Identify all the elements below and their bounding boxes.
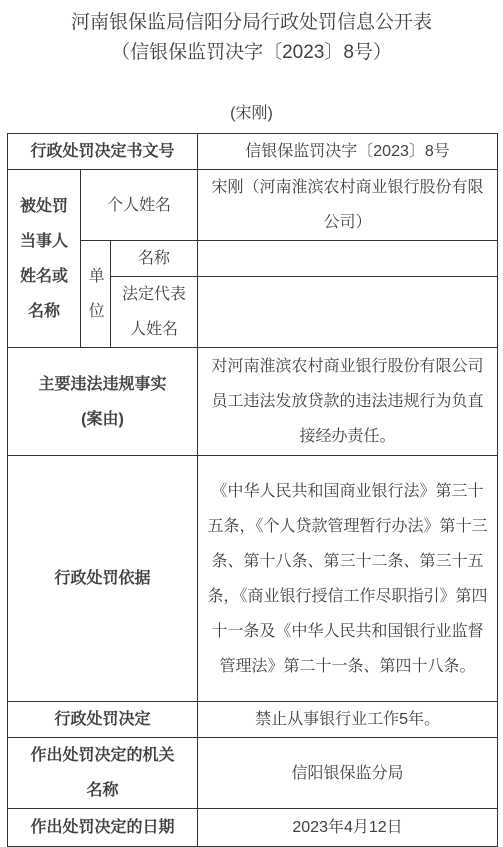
doc-number-value: 信银保监罚决字〔2023〕8号 xyxy=(198,134,498,170)
table-row-facts: 主要违法违规事实 (案由) 对河南淮滨农村商业银行股份有限公司员工违法发放贷款的… xyxy=(8,348,498,456)
table-row-basis: 行政处罚依据 《中华人民共和国商业银行法》第三十五条，《个人贷款管理暂行办法》第… xyxy=(8,456,498,702)
unit-name-label: 名称 xyxy=(111,241,198,277)
table-row-authority: 作出处罚决定的机关名称 信阳银保监分局 xyxy=(8,738,498,809)
page-title-line1: 河南银保监局信阳分局行政处罚信息公开表 xyxy=(10,8,493,38)
person-subtitle: (宋刚) xyxy=(0,104,503,124)
personal-name-value: 宋刚（河南淮滨农村商业银行股份有限公司） xyxy=(198,170,498,241)
party-label-text: 被处罚当事人姓名或名称 xyxy=(20,189,68,329)
table-row-decision: 行政处罚决定 禁止从事银行业工作5年。 xyxy=(8,702,498,738)
legal-rep-label: 法定代表人姓名 xyxy=(111,277,198,348)
authority-label: 作出处罚决定的机关名称 xyxy=(8,738,198,809)
table-row-unit-name: 单位 名称 xyxy=(8,241,498,277)
doc-number-label: 行政处罚决定书文号 xyxy=(8,134,198,170)
basis-label: 行政处罚依据 xyxy=(8,456,198,702)
authority-label-text: 作出处罚决定的机关名称 xyxy=(27,738,179,808)
unit-label: 单位 xyxy=(81,241,111,348)
facts-label-line1: 主要违法违规事实 xyxy=(14,367,191,402)
unit-name-value xyxy=(198,241,498,277)
date-label: 作出处罚决定的日期 xyxy=(8,809,198,847)
table-row-doc-number: 行政处罚决定书文号 信银保监罚决字〔2023〕8号 xyxy=(8,134,498,170)
party-label: 被处罚当事人姓名或名称 xyxy=(8,170,81,348)
facts-value: 对河南淮滨农村商业银行股份有限公司员工违法发放贷款的违法违规行为负直接经办责任。 xyxy=(198,348,498,456)
legal-rep-label-text: 法定代表人姓名 xyxy=(118,277,190,347)
penalty-disclosure-page: 河南银保监局信阳分局行政处罚信息公开表 （信银保监罚决字〔2023〕8号） (宋… xyxy=(0,0,503,847)
authority-value: 信阳银保监分局 xyxy=(198,738,498,809)
decision-label: 行政处罚决定 xyxy=(8,702,198,738)
facts-label: 主要违法违规事实 (案由) xyxy=(8,348,198,456)
date-value: 2023年4月12日 xyxy=(198,809,498,847)
page-title-line2: （信银保监罚决字〔2023〕8号） xyxy=(10,38,493,68)
page-title: 河南银保监局信阳分局行政处罚信息公开表 （信银保监罚决字〔2023〕8号） xyxy=(10,8,493,68)
basis-value: 《中华人民共和国商业银行法》第三十五条，《个人贷款管理暂行办法》第十三条、第十八… xyxy=(198,456,498,702)
decision-value: 禁止从事银行业工作5年。 xyxy=(198,702,498,738)
table-row-personal-name: 被处罚当事人姓名或名称 个人姓名 宋刚（河南淮滨农村商业银行股份有限公司） xyxy=(8,170,498,241)
facts-label-line2: (案由) xyxy=(14,402,191,437)
personal-name-label: 个人姓名 xyxy=(81,170,198,241)
table-row-date: 作出处罚决定的日期 2023年4月12日 xyxy=(8,809,498,847)
legal-rep-value xyxy=(198,277,498,348)
unit-label-text: 单位 xyxy=(87,259,106,329)
penalty-table: 行政处罚决定书文号 信银保监罚决字〔2023〕8号 被处罚当事人姓名或名称 个人… xyxy=(7,133,498,847)
